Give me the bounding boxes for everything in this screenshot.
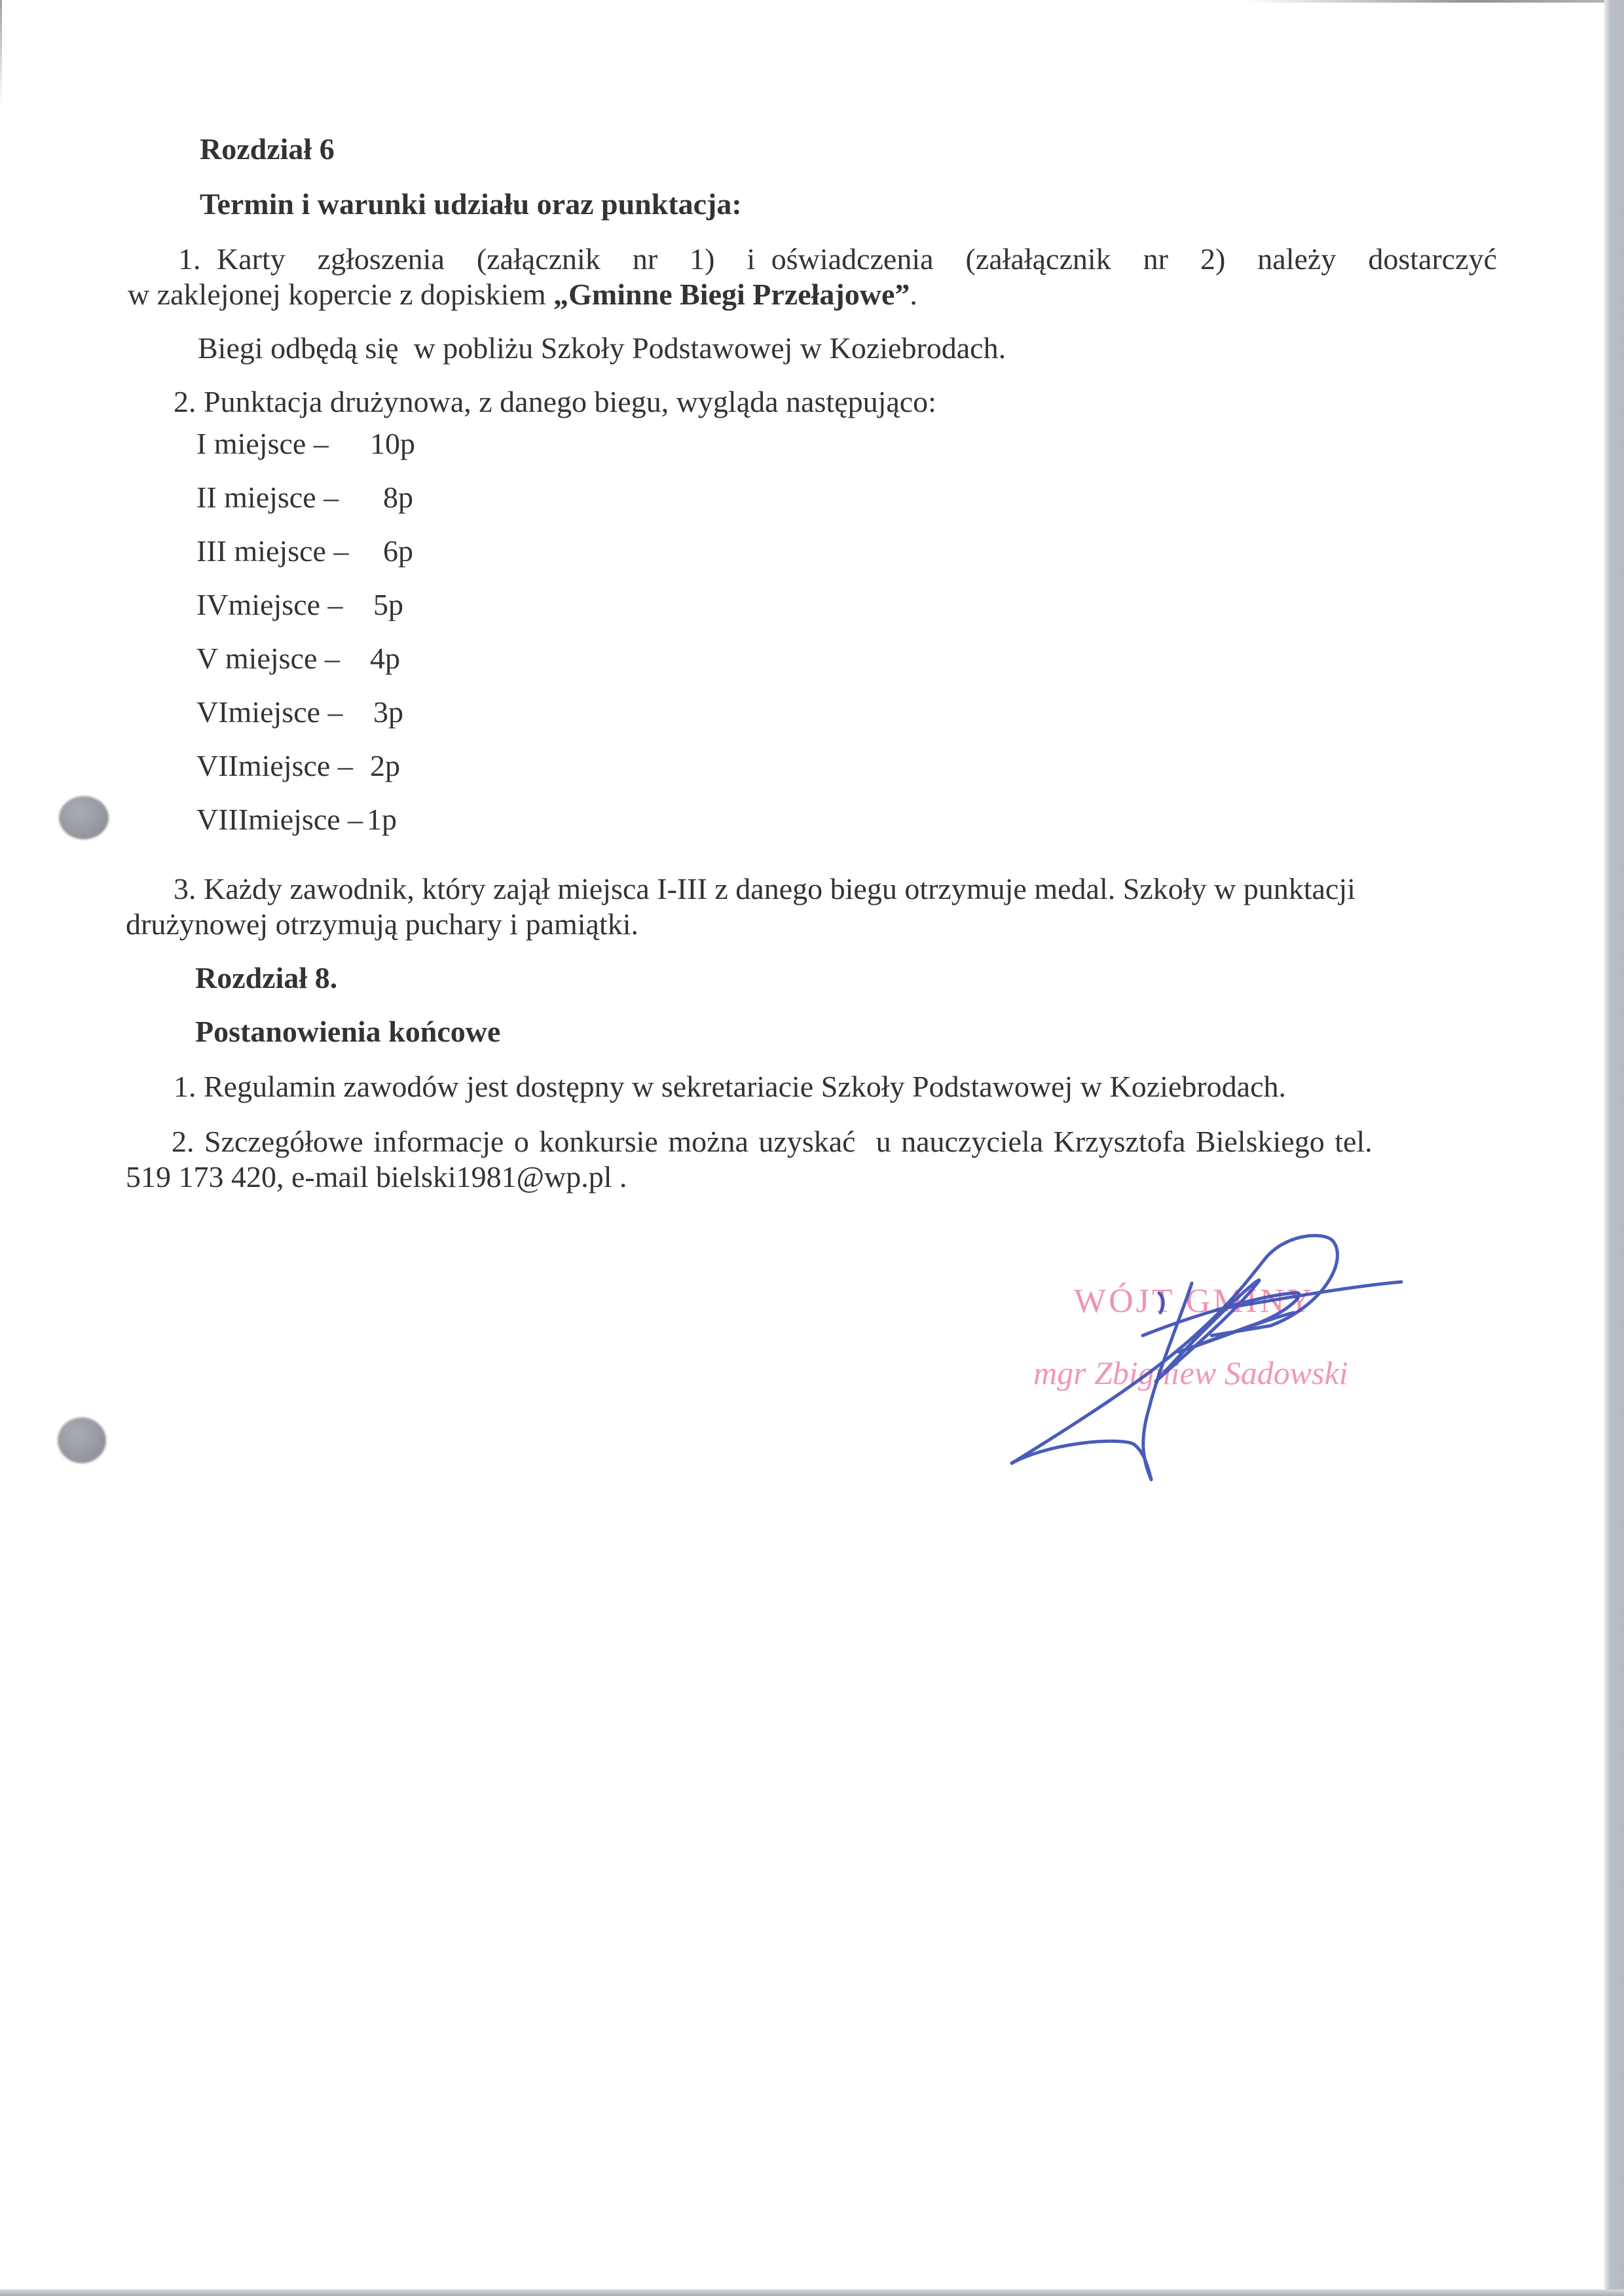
item1-line1-text: 1. Karty zgłoszenia (załącznik nr 1) i o… xyxy=(178,244,1497,274)
scoring-points: 2p xyxy=(370,751,400,781)
scoring-place: VIImiejsce – xyxy=(196,751,353,781)
chapter6-item3-line1: 3. Każdy zawodnik, który zajął miejsca I… xyxy=(174,874,1356,904)
scan-edge-left xyxy=(0,0,2,105)
chapter6-title: Rozdział 6 xyxy=(200,134,335,164)
scoring-place: IVmiejsce – xyxy=(196,590,343,620)
scoring-points: 1p xyxy=(367,805,397,835)
chapter6-location: Biegi odbędą się w pobliżu Szkoły Podsta… xyxy=(198,333,1006,363)
scoring-points: 8p xyxy=(383,483,413,513)
chapter6-subtitle: Termin i warunki udziału oraz punktacja: xyxy=(200,189,742,219)
scoring-points: 5p xyxy=(373,590,403,620)
chapter8-subtitle: Postanowienia końcowe xyxy=(195,1017,500,1047)
chapter6-item1-line2: w zaklejonej kopercie z dopiskiem „Gminn… xyxy=(128,280,917,310)
item1-line2-prefix: w zaklejonej kopercie z dopiskiem xyxy=(128,278,553,311)
scoring-points: 4p xyxy=(370,644,400,674)
scoring-place: II miejsce – xyxy=(196,483,339,513)
chapter6-item3-line2: drużynowej otrzymują puchary i pamiątki. xyxy=(126,909,638,939)
chapter8-item1: 1. Regulamin zawodów jest dostępny w sek… xyxy=(174,1072,1286,1102)
item1-line2-suffix: . xyxy=(910,278,917,311)
scan-edge-right xyxy=(1604,0,1624,2296)
scoring-points: 3p xyxy=(373,697,403,727)
chapter8-item2-line1: 2. Szczegółowe informacje o konkursie mo… xyxy=(172,1127,1373,1157)
punch-hole-icon xyxy=(59,796,109,839)
scoring-place: III miejsce – xyxy=(196,536,348,566)
scoring-place: VImiejsce – xyxy=(196,697,343,727)
scan-edge-bottom xyxy=(0,2289,1624,2296)
scoring-place: V miejsce – xyxy=(196,644,340,674)
scoring-points: 6p xyxy=(383,536,413,566)
scan-edge-top xyxy=(1244,0,1624,3)
chapter6-item2: 2. Punktacja drużynowa, z danego biegu, … xyxy=(174,387,936,417)
punch-hole-icon xyxy=(58,1417,106,1463)
scoring-place: I miejsce – xyxy=(196,429,329,459)
scoring-points: 10p xyxy=(370,429,415,459)
scoring-place: VIIImiejsce – xyxy=(196,805,363,835)
signature-icon xyxy=(982,1211,1441,1506)
chapter8-title: Rozdział 8. xyxy=(195,963,337,993)
competition-name: „Gminne Biegi Przełajowe” xyxy=(553,278,910,311)
chapter6-item1-line1: 1. Karty zgłoszenia (załącznik nr 1) i o… xyxy=(178,244,1481,274)
chapter8-item2-line2: 519 173 420, e-mail bielski1981@wp.pl . xyxy=(126,1162,627,1192)
